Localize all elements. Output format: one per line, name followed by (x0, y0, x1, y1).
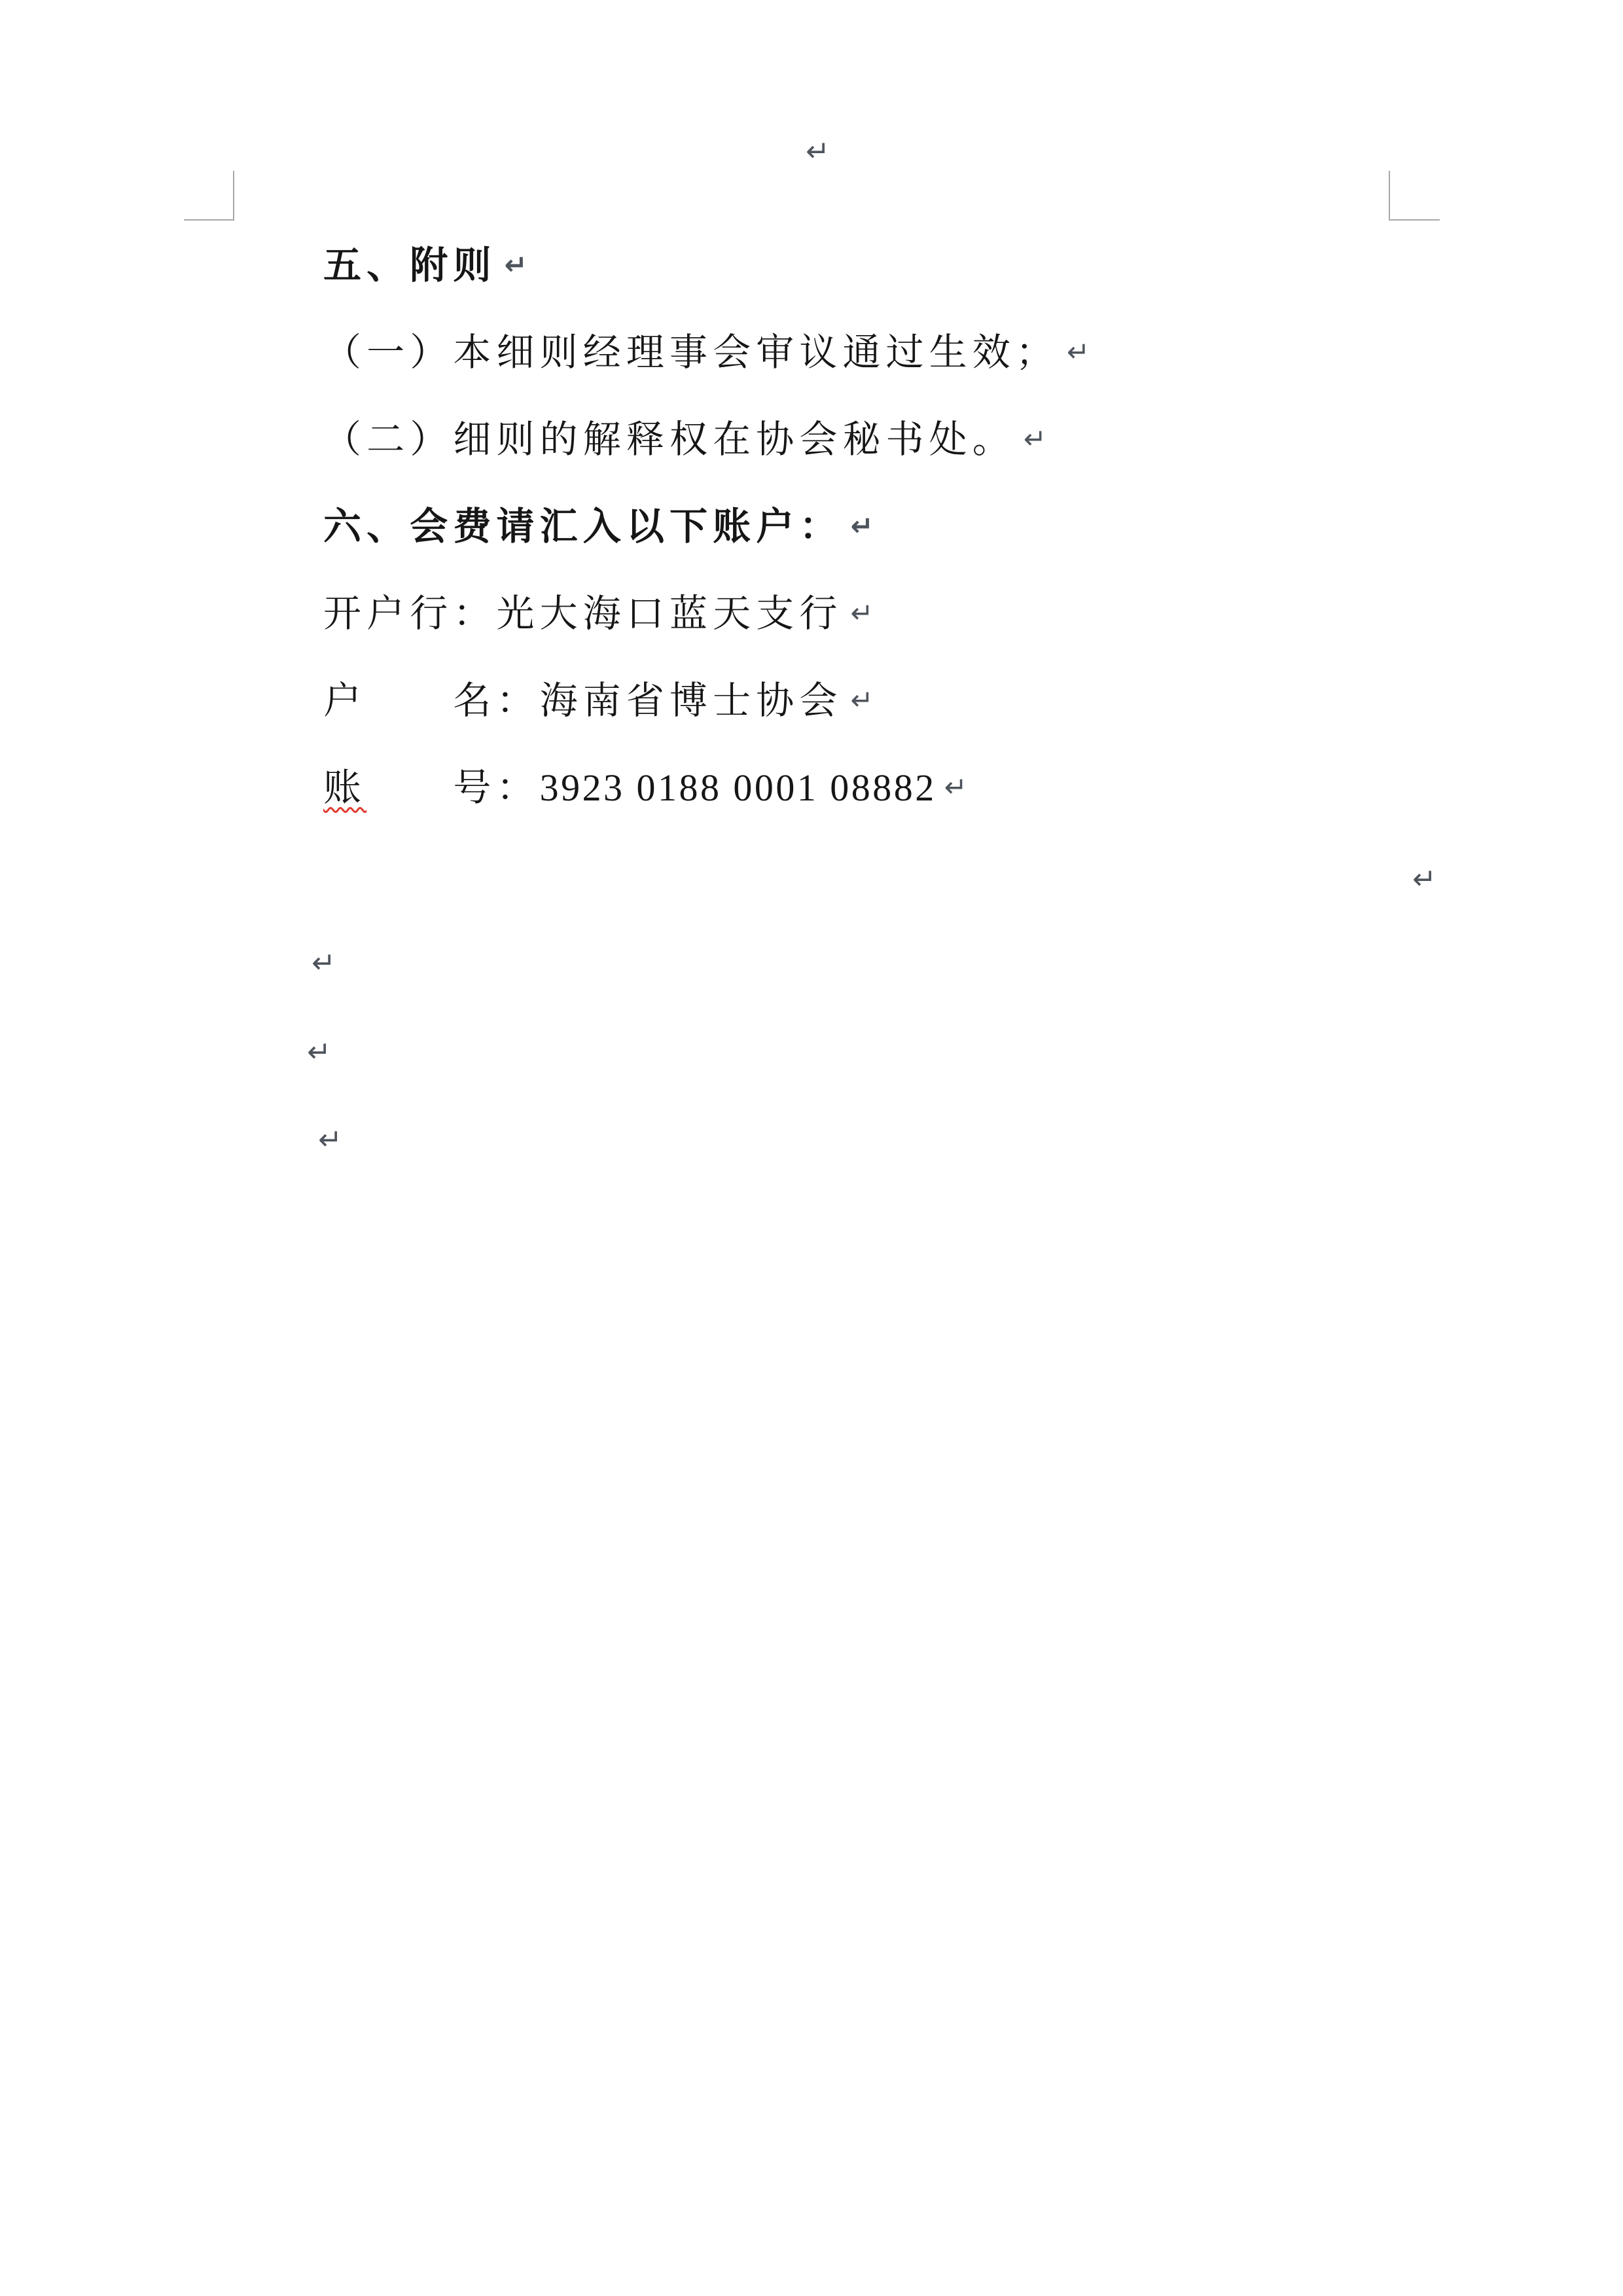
bank-branch-text: 开户行：光大海口蓝天支行 (323, 592, 842, 635)
paragraph-mark-icon: ↵ (1067, 336, 1090, 368)
account-number-value: 3923 0188 0001 08882 (540, 766, 936, 809)
heading-section-five: 五、附则↵ (323, 243, 527, 287)
empty-paragraph-mark-icon: ↵ (312, 949, 336, 978)
empty-paragraph-mark-icon: ↵ (307, 1038, 331, 1067)
heading-section-six-text: 六、会费请汇入以下账户： (323, 505, 842, 548)
text-boundary-mark-top-left-vertical (233, 171, 234, 221)
text-boundary-mark-top-right-vertical (1389, 171, 1390, 221)
paragraph-mark-icon: ↵ (850, 597, 873, 629)
header-paragraph-mark-icon: ↵ (806, 137, 830, 166)
text-boundary-mark-top-right-horizontal (1389, 219, 1440, 221)
account-number-label-rest: 号： (366, 766, 539, 809)
account-number-label-misspelled-char: 账 (323, 766, 366, 809)
account-number-line: 账 号：3923 0188 0001 08882↵ (323, 766, 967, 810)
account-name-line: 户 名：海南省博士协会↵ (323, 679, 874, 723)
paragraph-mark-icon: ↵ (850, 510, 873, 542)
paragraph-mark-icon: ↵ (1024, 423, 1046, 455)
empty-paragraph-mark-icon: ↵ (1412, 865, 1436, 894)
bank-branch-line: 开户行：光大海口蓝天支行↵ (323, 592, 874, 636)
heading-section-six: 六、会费请汇入以下账户：↵ (323, 505, 874, 548)
paragraph-mark-icon: ↵ (504, 249, 527, 281)
clause-two-text: （二）细则的解释权在协会秘书处。 (323, 418, 1016, 461)
account-name-text: 户 名：海南省博士协会 (323, 679, 842, 722)
document-page: ↵ 五、附则↵ （一）本细则经理事会审议通过生效；↵ （二）细则的解释权在协会秘… (0, 0, 1623, 2296)
empty-paragraph-mark-icon: ↵ (318, 1126, 342, 1155)
heading-section-five-text: 五、附则 (323, 244, 496, 287)
clause-one-text: （一）本细则经理事会审议通过生效； (323, 331, 1059, 374)
clause-two: （二）细则的解释权在协会秘书处。↵ (323, 418, 1046, 461)
paragraph-mark-icon: ↵ (850, 684, 873, 716)
clause-one: （一）本细则经理事会审议通过生效；↵ (323, 331, 1090, 374)
text-boundary-mark-top-left-horizontal (184, 219, 234, 221)
paragraph-mark-icon: ↵ (944, 771, 967, 803)
